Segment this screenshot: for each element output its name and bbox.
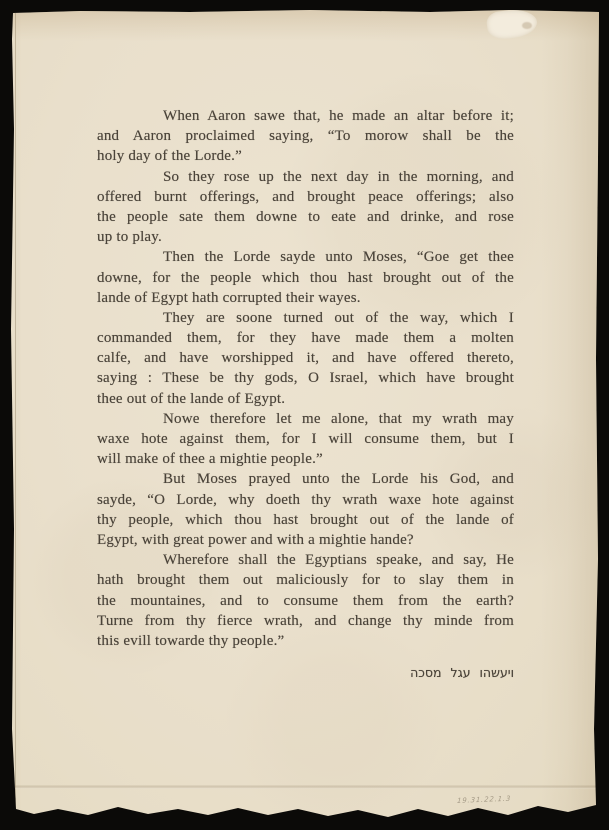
text-line: waxe hote against them, for I will consu… xyxy=(97,429,514,449)
photo-backdrop: When Aaron sawe that, he made an altar b… xyxy=(0,0,609,830)
text-line: Egypt, with great power and with a might… xyxy=(97,530,514,550)
text-line: saying : These be thy gods, O Israel, wh… xyxy=(97,368,514,388)
text-line: the people sate them downe to eate and d… xyxy=(97,207,514,227)
text-line: thy people, which thou hast brought out … xyxy=(97,510,514,530)
text-block: When Aaron sawe that, he made an altar b… xyxy=(97,106,514,651)
text-line: lande of Egypt hath corrupted their waye… xyxy=(97,288,514,308)
text-line: Nowe therefore let me alone, that my wra… xyxy=(97,409,514,429)
text-line: Wherefore shall the Egyptians speake, an… xyxy=(97,550,514,570)
text-line: commanded them, for they have made them … xyxy=(97,328,514,348)
text-line: But Moses prayed unto the Lorde his God,… xyxy=(97,469,514,489)
text-line: and Aaron proclaimed saying, “To morow s… xyxy=(97,126,514,146)
text-line: Then the Lorde sayde unto Moses, “Goe ge… xyxy=(97,247,514,267)
paper-page: When Aaron sawe that, he made an altar b… xyxy=(10,9,599,818)
text-line: the mountaines, and to consume them from… xyxy=(97,591,514,611)
text-line: hath brought them out maliciously for to… xyxy=(97,570,514,590)
text-line: offered burnt offerings, and brought pea… xyxy=(97,187,514,207)
text-line: downe, for the people which thou hast br… xyxy=(97,268,514,288)
paper-smudge xyxy=(522,22,532,29)
text-line: Turne from thy fierce wrath, and change … xyxy=(97,611,514,631)
text-line: They are soone turned out of the way, wh… xyxy=(97,308,514,328)
text-line: So they rose up the next day in the morn… xyxy=(97,167,514,187)
paper-bottom-fold-line xyxy=(10,785,599,789)
text-line: will make of thee a mightie people.” xyxy=(97,449,514,469)
text-line: calfe, and have worshipped it, and have … xyxy=(97,348,514,368)
hebrew-caption: ויעשהו עגל מסכה xyxy=(97,665,514,680)
text-line: sayde, “O Lorde, why doeth thy wrath wax… xyxy=(97,490,514,510)
text-line: holy day of the Lorde.” xyxy=(97,146,514,166)
text-line: thee out of the lande of Egypt. xyxy=(97,389,514,409)
text-line: When Aaron sawe that, he made an altar b… xyxy=(97,106,514,126)
paper-right-shade xyxy=(541,9,599,818)
text-line: up to play. xyxy=(97,227,514,247)
text-line: this evill towarde thy people.” xyxy=(97,631,514,651)
paper-left-crease xyxy=(15,9,16,818)
